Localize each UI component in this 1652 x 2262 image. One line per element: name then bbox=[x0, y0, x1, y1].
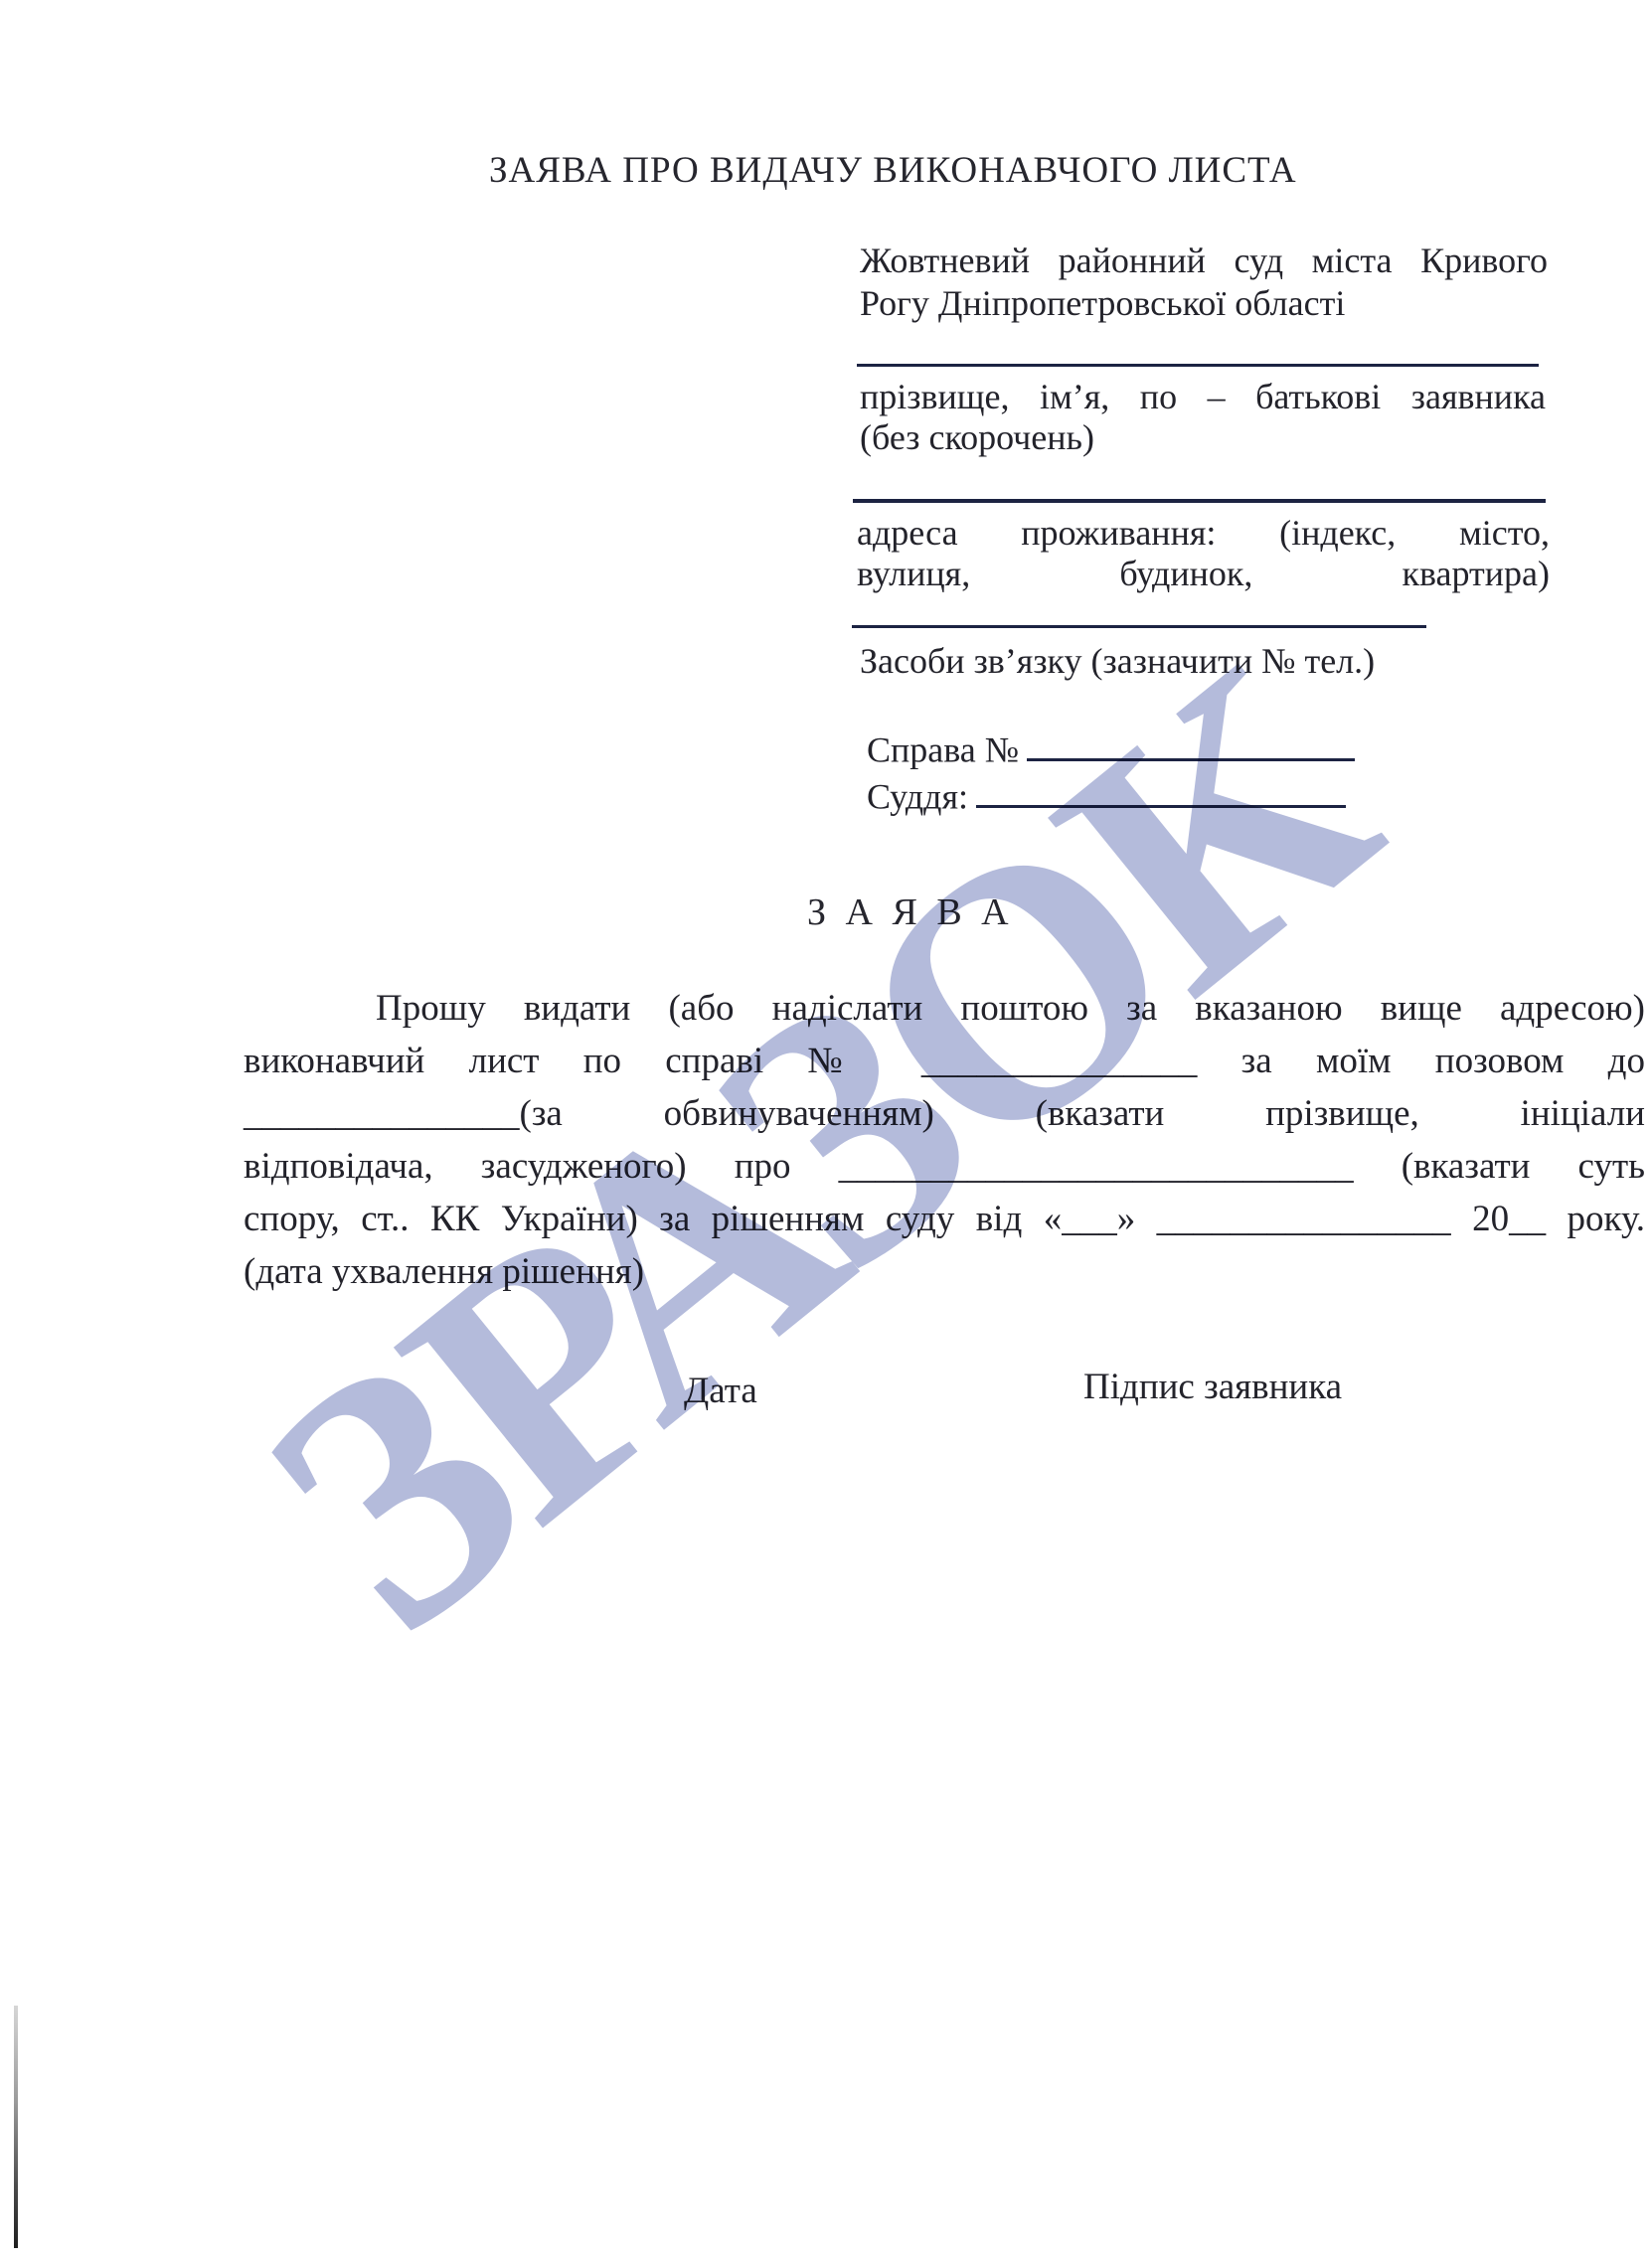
case-number-label: Справа № bbox=[867, 729, 1019, 769]
fill-line-contacts bbox=[852, 625, 1426, 628]
address-caption-line-1: адреса проживання: (індекс, місто, bbox=[857, 513, 1550, 554]
fill-line-address bbox=[853, 499, 1546, 503]
applicant-caption-line-1: прізвище, ім’я, по – батькові заявника bbox=[860, 377, 1546, 417]
applicant-name-caption: прізвище, ім’я, по – батькові заявника (… bbox=[860, 377, 1546, 458]
judge-blank bbox=[976, 773, 1346, 808]
statement-line: спору, ст.. КК України) за рішенням суду… bbox=[244, 1193, 1645, 1245]
signature-label: Підпис заявника bbox=[1083, 1366, 1342, 1408]
case-number-row: Справа № bbox=[867, 727, 1355, 770]
applicant-caption-line-2: (без скорочень) bbox=[860, 417, 1546, 458]
address-caption: адреса проживання: (індекс, місто, вулиц… bbox=[857, 513, 1550, 594]
statement-line: _______________(за обвинуваченням) (вказ… bbox=[244, 1087, 1645, 1140]
document-title: ЗАЯВА ПРО ВИДАЧУ ВИКОНАВЧОГО ЛИСТА bbox=[489, 149, 1297, 192]
fill-line-applicant-name bbox=[857, 364, 1539, 367]
statement-line: (дата ухвалення рішення) bbox=[244, 1245, 1645, 1298]
contacts-caption: Засоби зв’язку (зазначити № тел.) bbox=[860, 640, 1375, 682]
statement-heading: З А Я В А bbox=[807, 890, 1014, 934]
scan-artifact-line bbox=[14, 2006, 18, 2248]
court-name-line-1: Жовтневий районний суд міста Кривого bbox=[860, 240, 1548, 282]
statement-line: Прошу видати (або надіслати поштою за вк… bbox=[244, 982, 1645, 1035]
address-caption-line-2: вулиця, будинок, квартира) bbox=[857, 554, 1550, 594]
court-name-block: Жовтневий районний суд міста Кривого Рог… bbox=[860, 240, 1548, 325]
statement-line: виконавчий лист по справі № ____________… bbox=[244, 1035, 1645, 1087]
judge-label: Суддя: bbox=[867, 776, 968, 816]
statement-line: відповідача, засудженого) про __________… bbox=[244, 1140, 1645, 1193]
case-number-blank bbox=[1027, 727, 1355, 761]
date-label: Дата bbox=[684, 1370, 757, 1412]
scanned-document-page: ЗРАЗОК ЗАЯВА ПРО ВИДАЧУ ВИКОНАВЧОГО ЛИСТ… bbox=[0, 0, 1652, 2262]
court-name-line-2: Рогу Дніпропетровської області bbox=[860, 282, 1548, 325]
statement-body: Прошу видати (або надіслати поштою за вк… bbox=[244, 982, 1645, 1298]
judge-row: Суддя: bbox=[867, 773, 1346, 817]
